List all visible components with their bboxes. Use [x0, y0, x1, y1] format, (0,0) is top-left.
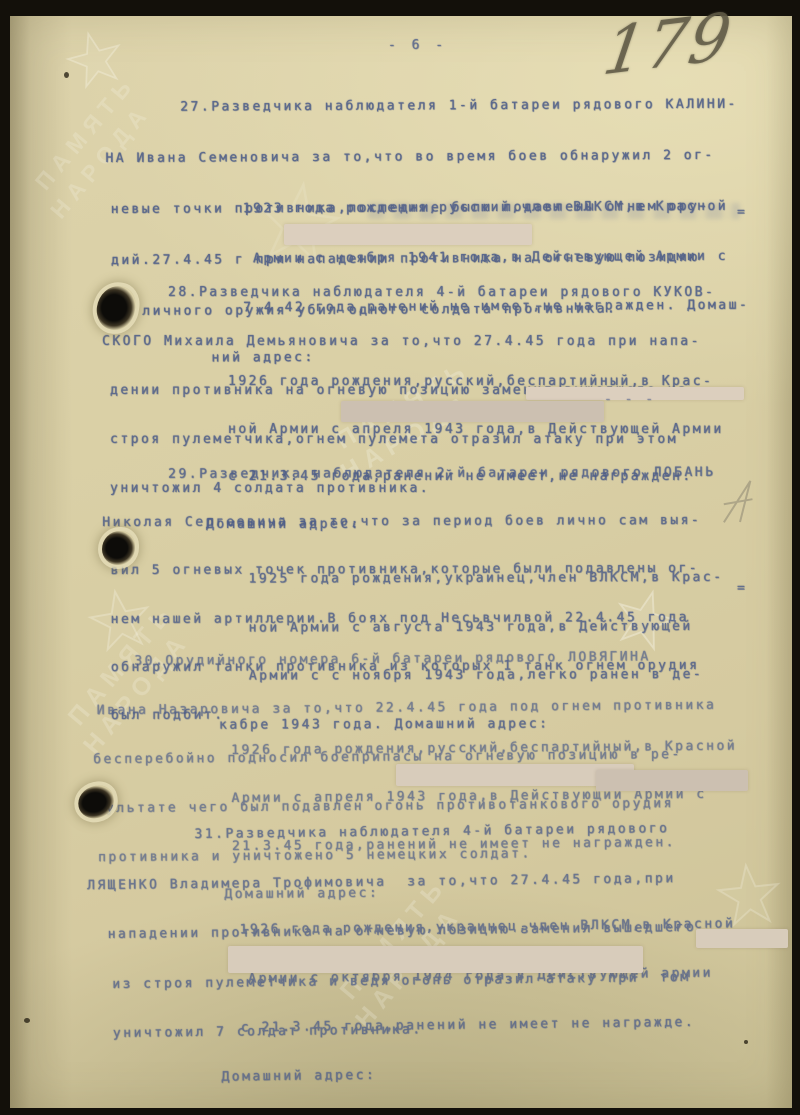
margin-mark: - - - — [604, 392, 656, 407]
typewritten-line: 1926 года рождения,русский,беспартийный,… — [231, 739, 737, 761]
entry-31: 31.Разведчика наблюдателя 4-й батареи ря… — [110, 791, 698, 1091]
margin-mark: = — [737, 581, 747, 596]
typewritten-line: 28.Разведчика наблюдателя 4-й батареи ря… — [168, 285, 715, 304]
redacted-address — [596, 770, 748, 791]
typewritten-line: 30.Орудийного номера 6-й батареи рядовог… — [134, 649, 716, 673]
typewritten-line: Николая Сергеевича за то,что за период б… — [102, 513, 715, 533]
redacted-address — [696, 929, 788, 948]
typewritten-line: 29.Разведчика наблюдателя 2-й батареи ря… — [168, 465, 715, 485]
paper-speck — [24, 1018, 30, 1023]
punch-hole — [102, 531, 135, 565]
redacted-address — [228, 946, 643, 973]
pencil-mark — [715, 470, 767, 536]
paper-speck — [744, 1040, 748, 1044]
scanned-document-page: ПАМЯТЬ НАРОДА ПАМЯТЬ НАРОДА ПАМЯТЬ НАРОД… — [0, 0, 800, 1115]
typewritten-line: 1926 года рождения,украинец,член ВЛКСМ,в… — [240, 916, 736, 941]
redacted-address — [341, 401, 604, 422]
typewritten-line: Домашний адрес: — [221, 1063, 737, 1088]
typewritten-line: 1925 года рождения,украинец,член ВЛКСМ,в… — [248, 570, 723, 590]
margin-mark: = — [737, 205, 747, 220]
entry-31-details: 1926 года рождения,украинец,член ВЛКСМ,в… — [239, 886, 737, 1115]
typewritten-line: 31.Разведчика наблюдателя 4-й батареи ря… — [194, 821, 695, 847]
redacted-address — [284, 224, 532, 245]
erased-text-smudge — [368, 203, 740, 219]
paper-speck — [64, 72, 69, 78]
typewritten-line: с 21.3.45 года,ранений не имеет не награ… — [241, 1014, 737, 1039]
page-number-marker: - 6 - — [388, 38, 447, 53]
typewritten-line: 27.Разведчика наблюдателя 1-й батареи ря… — [180, 97, 738, 121]
